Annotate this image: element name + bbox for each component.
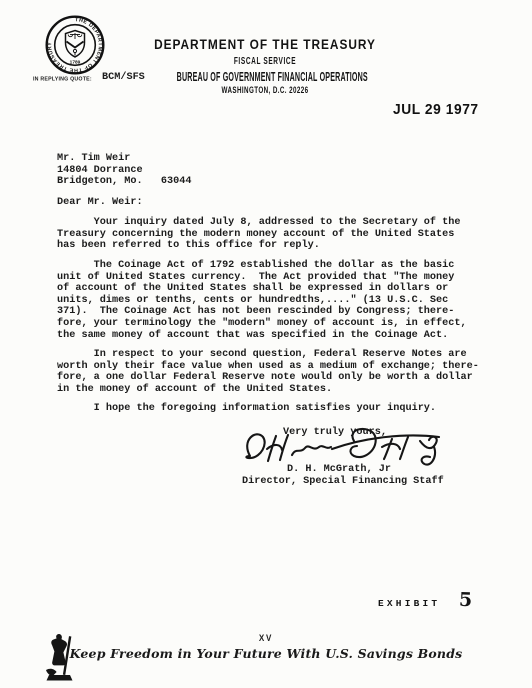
fiscal-service-line: FISCAL SERVICE	[169, 55, 361, 67]
body-paragraph-3: In respect to your second question, Fede…	[57, 349, 479, 395]
body-paragraph-2: The Coinage Act of 1792 established the …	[57, 260, 467, 341]
department-title: DEPARTMENT OF THE TREASURY	[129, 37, 402, 52]
treasury-seal-icon: THE DEPARTMENT OF THE TREASURY 1789	[45, 14, 105, 76]
salutation: Dear Mr. Weir:	[57, 197, 143, 209]
bureau-line: BUREAU OF GOVERNMENT FINANCIAL OPERATION…	[177, 70, 354, 84]
savings-bonds-slogan: Keep Freedom in Your Future With U.S. Sa…	[0, 646, 532, 661]
signer-name: D. H. McGrath, Jr	[287, 464, 391, 476]
date-stamp: JUL 29 1977	[393, 102, 479, 118]
replying-quote-label: IN REPLYING QUOTE:	[33, 76, 92, 82]
page-number: XV	[40, 633, 492, 644]
exhibit-label: EXHIBIT	[378, 598, 440, 609]
recipient-address: Mr. Tim Weir 14804 Dorrance Bridgeton, M…	[57, 153, 192, 188]
city-line: WASHINGTON, D.C. 20226	[163, 85, 368, 96]
seal-year: 1789	[70, 60, 81, 66]
seal-scales-icon	[68, 33, 82, 39]
seal-key-icon	[73, 49, 76, 55]
exhibit-number: 5	[459, 589, 473, 611]
replying-quote-code: BCM/SFS	[102, 72, 145, 84]
body-paragraph-4: I hope the foregoing information satisfi…	[57, 403, 436, 415]
signer-title: Director, Special Financing Staff	[242, 476, 444, 488]
letter-page: THE DEPARTMENT OF THE TREASURY 1789 DEPA…	[0, 0, 532, 688]
body-paragraph-1: Your inquiry dated July 8, addressed to …	[57, 217, 461, 252]
